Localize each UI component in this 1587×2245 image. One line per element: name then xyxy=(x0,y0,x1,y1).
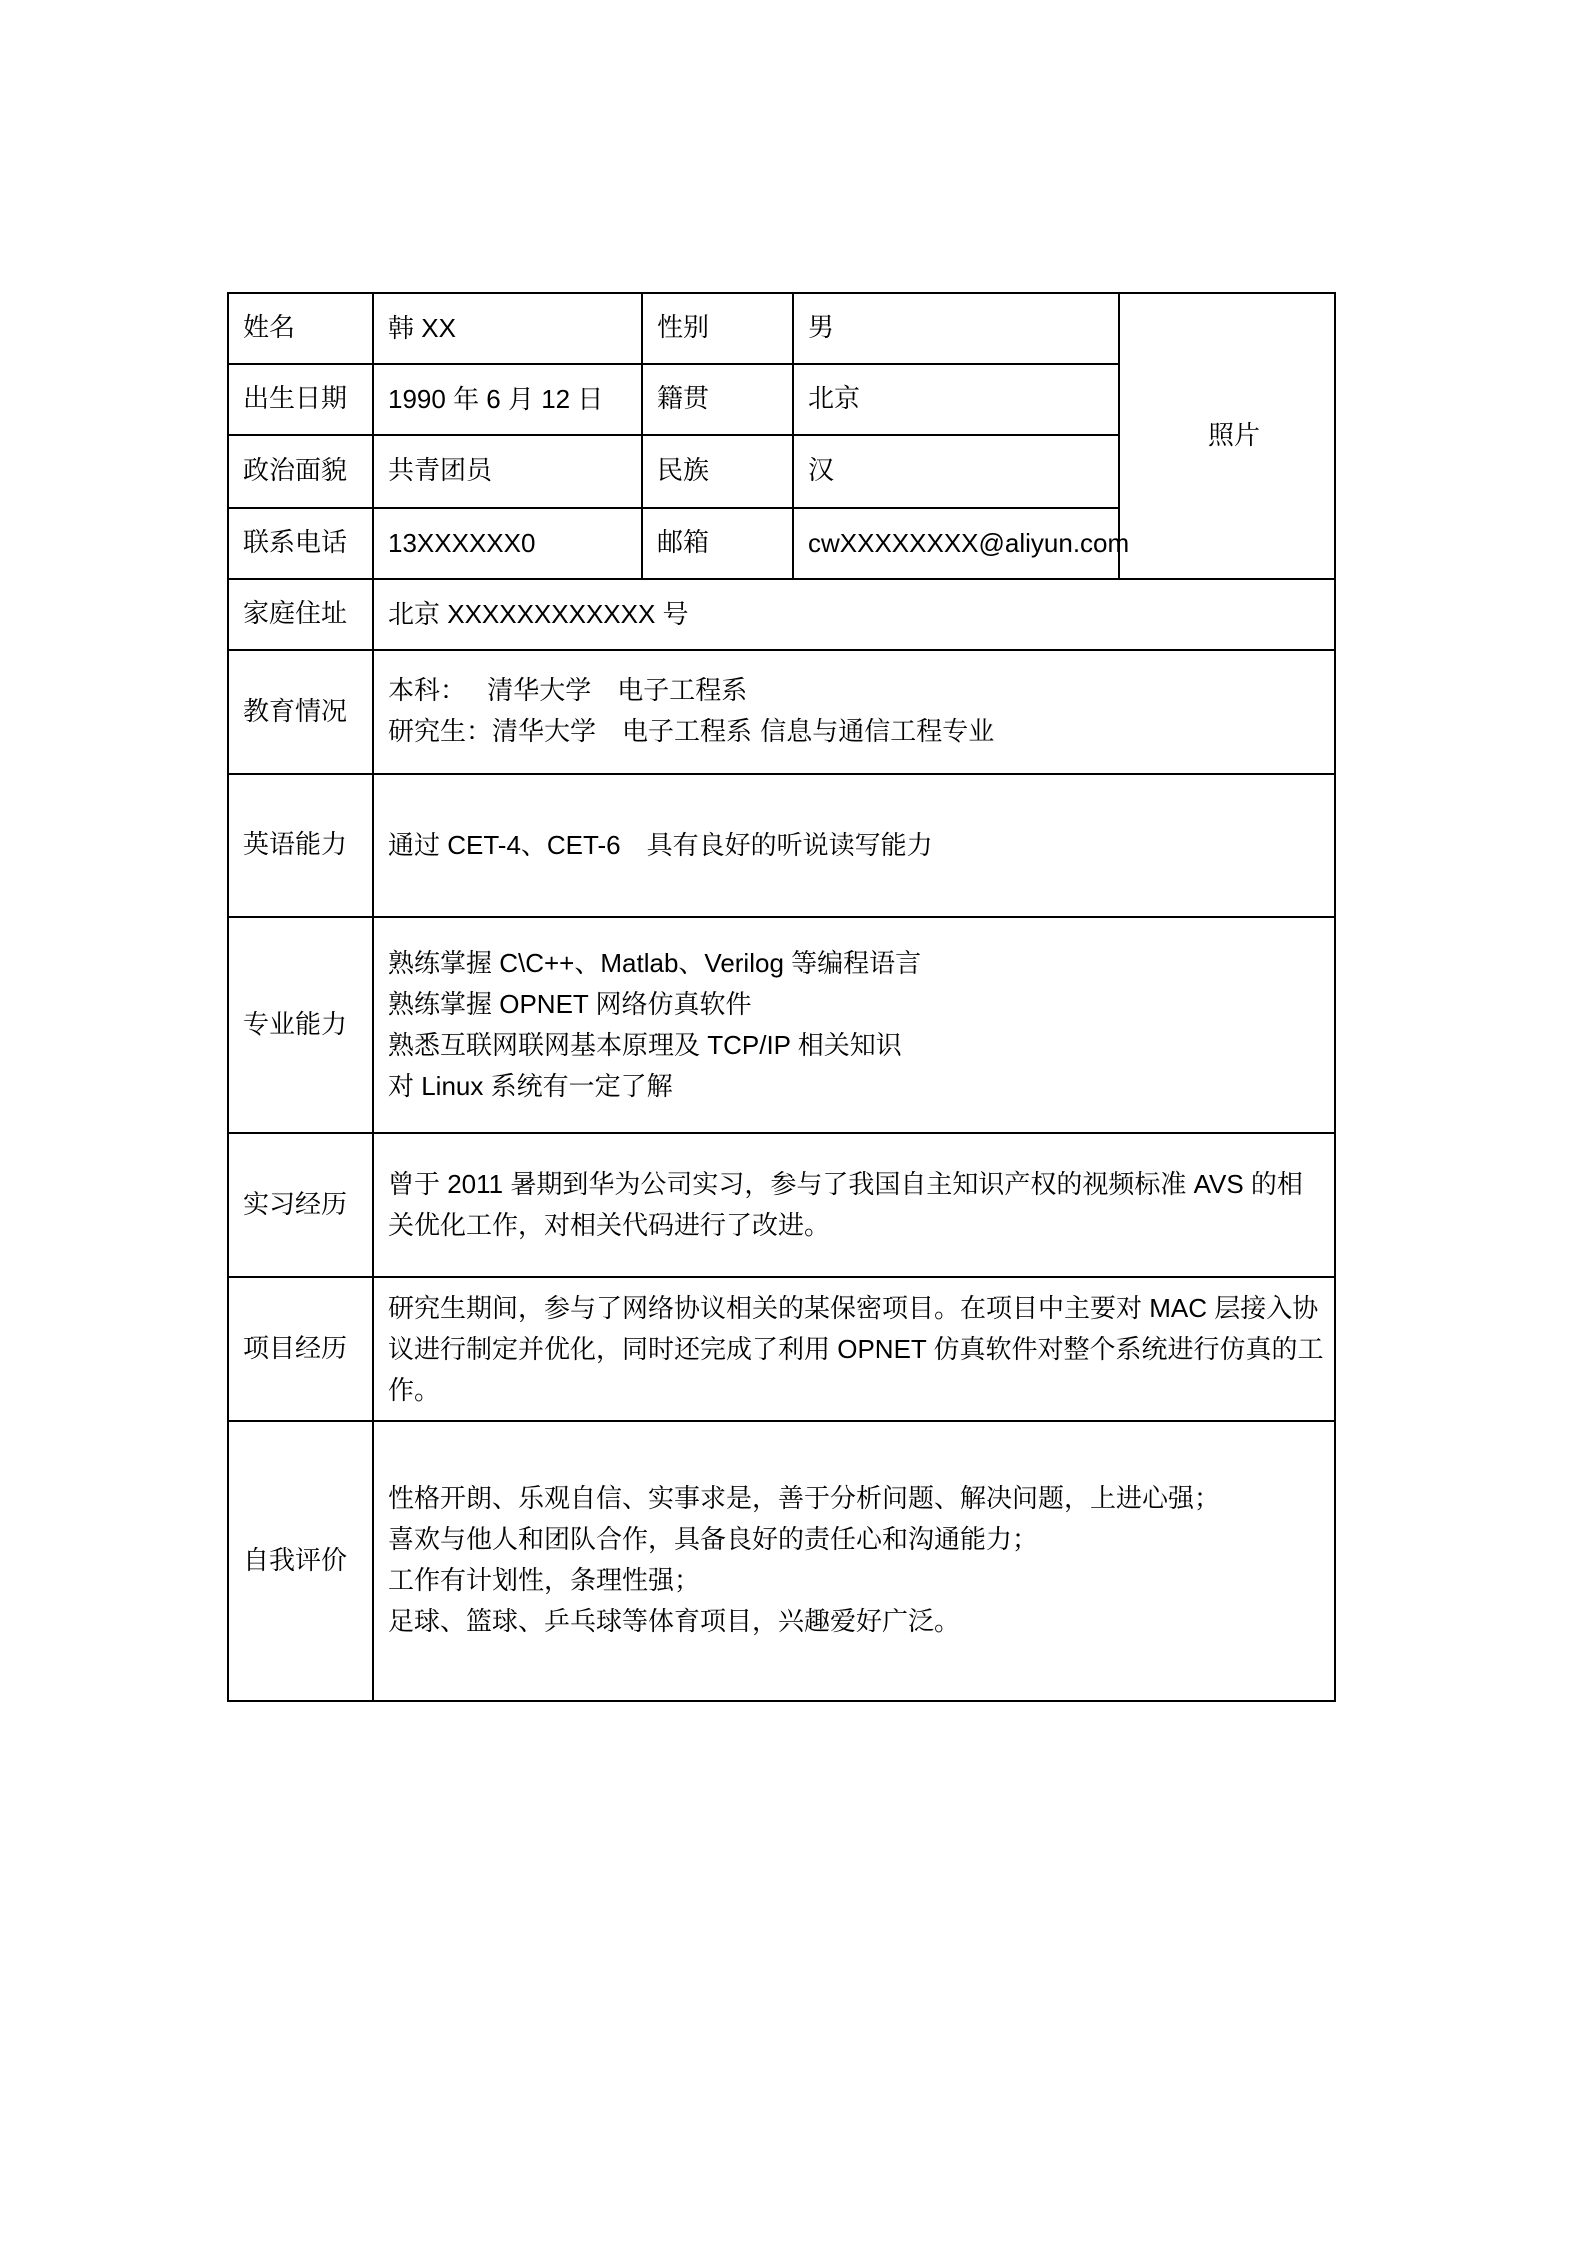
birth-value: 1990 年 6 月 12 日 xyxy=(373,364,642,435)
self-eval-value: 性格开朗、乐观自信、实事求是，善于分析问题、解决问题，上进心强； 喜欢与他人和团… xyxy=(373,1421,1335,1701)
english-value: 通过 CET-4、CET-6 具有良好的听说读写能力 xyxy=(373,774,1335,917)
resume-page: 姓名 韩 XX 性别 男 照片 出生日期 1990 年 6 月 12 日 籍贯 … xyxy=(0,0,1587,2245)
self-eval-line: 工作有计划性，条理性强； xyxy=(388,1561,1334,1602)
internship-label: 实习经历 xyxy=(228,1133,373,1277)
name-label: 姓名 xyxy=(228,293,373,364)
phone-label: 联系电话 xyxy=(228,508,373,579)
skills-value: 熟练掌握 C\C++、Matlab、Verilog 等编程语言 熟练掌握 OPN… xyxy=(373,917,1335,1133)
address-value: 北京 XXXXXXXXXXXX 号 xyxy=(373,579,1335,650)
origin-label: 籍贯 xyxy=(642,364,793,435)
phone-value: 13XXXXXX0 xyxy=(373,508,642,579)
row-self-eval: 自我评价 性格开朗、乐观自信、实事求是，善于分析问题、解决问题，上进心强； 喜欢… xyxy=(228,1421,1335,1701)
birth-label: 出生日期 xyxy=(228,364,373,435)
origin-value: 北京 xyxy=(793,364,1119,435)
row-english: 英语能力 通过 CET-4、CET-6 具有良好的听说读写能力 xyxy=(228,774,1335,917)
row-project: 项目经历 研究生期间，参与了网络协议相关的某保密项目。在项目中主要对 MAC 层… xyxy=(228,1277,1335,1421)
project-text: 研究生期间，参与了网络协议相关的某保密项目。在项目中主要对 MAC 层接入协议进… xyxy=(388,1288,1324,1411)
skills-label: 专业能力 xyxy=(228,917,373,1133)
political-value: 共青团员 xyxy=(373,435,642,508)
address-label: 家庭住址 xyxy=(228,579,373,650)
email-label: 邮箱 xyxy=(642,508,793,579)
row-name: 姓名 韩 XX 性别 男 照片 xyxy=(228,293,1335,364)
internship-value: 曾于 2011 暑期到华为公司实习，参与了我国自主知识产权的视频标准 AVS 的… xyxy=(373,1133,1335,1277)
political-label: 政治面貌 xyxy=(228,435,373,508)
self-eval-line: 足球、篮球、乒乓球等体育项目，兴趣爱好广泛。 xyxy=(388,1602,1334,1643)
self-eval-label: 自我评价 xyxy=(228,1421,373,1701)
gender-value: 男 xyxy=(793,293,1119,364)
english-label: 英语能力 xyxy=(228,774,373,917)
resume-table: 姓名 韩 XX 性别 男 照片 出生日期 1990 年 6 月 12 日 籍贯 … xyxy=(227,292,1336,1702)
photo-placeholder: 照片 xyxy=(1119,293,1335,579)
self-eval-line: 喜欢与他人和团队合作，具备良好的责任心和沟通能力； xyxy=(388,1520,1334,1561)
skills-line: 熟悉互联网联网基本原理及 TCP/IP 相关知识 xyxy=(388,1025,1334,1066)
skills-line: 对 Linux 系统有一定了解 xyxy=(388,1066,1334,1107)
row-internship: 实习经历 曾于 2011 暑期到华为公司实习，参与了我国自主知识产权的视频标准 … xyxy=(228,1133,1335,1277)
project-label: 项目经历 xyxy=(228,1277,373,1421)
skills-line: 熟练掌握 C\C++、Matlab、Verilog 等编程语言 xyxy=(388,943,1334,984)
project-value: 研究生期间，参与了网络协议相关的某保密项目。在项目中主要对 MAC 层接入协议进… xyxy=(373,1277,1335,1421)
skills-line: 熟练掌握 OPNET 网络仿真软件 xyxy=(388,984,1334,1025)
education-line: 本科： 清华大学 电子工程系 xyxy=(388,671,1334,712)
gender-label: 性别 xyxy=(642,293,793,364)
internship-text: 曾于 2011 暑期到华为公司实习，参与了我国自主知识产权的视频标准 AVS 的… xyxy=(388,1164,1324,1246)
row-education: 教育情况 本科： 清华大学 电子工程系 研究生：清华大学 电子工程系 信息与通信… xyxy=(228,650,1335,774)
ethnicity-label: 民族 xyxy=(642,435,793,508)
education-line: 研究生：清华大学 电子工程系 信息与通信工程专业 xyxy=(388,712,1334,753)
self-eval-line: 性格开朗、乐观自信、实事求是，善于分析问题、解决问题，上进心强； xyxy=(388,1479,1334,1520)
row-address: 家庭住址 北京 XXXXXXXXXXXX 号 xyxy=(228,579,1335,650)
row-skills: 专业能力 熟练掌握 C\C++、Matlab、Verilog 等编程语言 熟练掌… xyxy=(228,917,1335,1133)
email-value: cwXXXXXXXX@aliyun.com xyxy=(793,508,1119,579)
education-value: 本科： 清华大学 电子工程系 研究生：清华大学 电子工程系 信息与通信工程专业 xyxy=(373,650,1335,774)
ethnicity-value: 汉 xyxy=(793,435,1119,508)
education-label: 教育情况 xyxy=(228,650,373,774)
name-value: 韩 XX xyxy=(373,293,642,364)
